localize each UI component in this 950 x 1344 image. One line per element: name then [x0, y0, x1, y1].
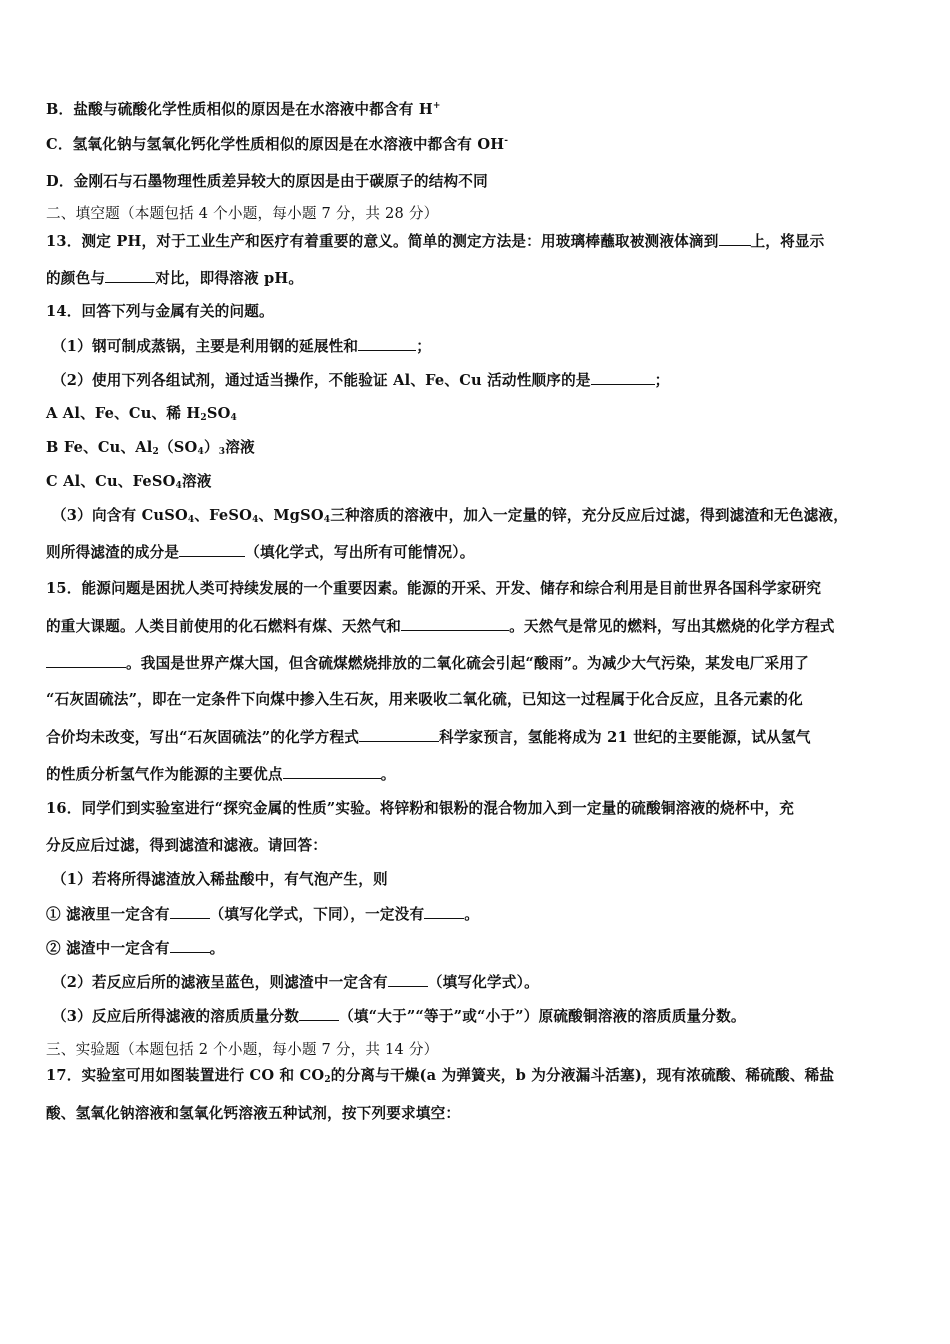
- q16-text: （3）反应后所得滤液的溶质质量分数: [52, 1008, 299, 1025]
- q15-text: 。: [381, 766, 396, 783]
- answer-blank[interactable]: [358, 336, 416, 351]
- q16-text: 分反应后过滤，得到滤渣和滤液。请回答：: [46, 837, 327, 854]
- option-c: C．氢氧化钠与氢氧化钙化学性质相似的原因是在水溶液中都含有 OH-: [46, 135, 508, 155]
- q15-text: 的性质分析氢气作为能源的主要优点: [46, 766, 283, 783]
- q17-text: 酸、氢氧化钠溶液和氢氧化钙溶液五种试剂，按下列要求填空：: [46, 1105, 460, 1122]
- option-b-text: B．盐酸与硫酸化学性质相似的原因是在水溶液中都含有 H: [46, 101, 433, 118]
- q14-text: ；: [655, 372, 670, 389]
- option-b: B．盐酸与硫酸化学性质相似的原因是在水溶液中都含有 H+: [46, 100, 441, 120]
- question-14-part-2: （2）使用下列各组试剂，通过适当操作，不能验证 Al、Fe、Cu 活动性顺序的是…: [52, 370, 669, 391]
- q14-text: ；: [416, 338, 431, 355]
- question-14-title: 14．回答下列与金属有关的问题。: [46, 302, 274, 322]
- question-15-line-5: 合价均未改变，写出“石灰固硫法”的化学方程式科学家预言，氢能将成为 21 世纪的…: [46, 727, 811, 748]
- q16-text: 。: [464, 906, 479, 923]
- answer-blank[interactable]: [401, 616, 509, 631]
- question-14-part-1: （1）钢可制成蒸锅，主要是利用钢的延展性和；: [52, 336, 431, 357]
- option-d: D．金刚石与石墨物理性质差异较大的原因是由于碳原子的结构不同: [46, 172, 488, 192]
- q16-text: ② 滤渣中一定含有: [46, 940, 170, 957]
- answer-blank[interactable]: [424, 904, 464, 919]
- q16-text: （1）若将所得滤渣放入稀盐酸中，有气泡产生，则: [52, 871, 388, 888]
- choice-text: 溶液: [225, 439, 255, 456]
- q14-text: 三种溶质的溶液中，加入一定量的锌，充分反应后过滤，得到滤渣和无色滤液，: [330, 507, 848, 524]
- q16-text: （填写化学式，下同），一定没有: [210, 906, 425, 923]
- q14-text: （3）向含有 CuSO: [52, 507, 188, 524]
- q14-text: 、FeSO: [194, 507, 252, 524]
- question-15-line-1: 15．能源问题是困扰人类可持续发展的一个重要因素。能源的开采、开发、储存和综合利…: [46, 579, 821, 599]
- choice-text: B Fe、Cu、Al: [46, 439, 153, 456]
- q16-text: ① 滤液里一定含有: [46, 906, 170, 923]
- question-14-part-3-line-2: 则所得滤渣的成分是（填化学式，写出所有可能情况）。: [46, 542, 475, 563]
- q14-text: 、MgSO: [259, 507, 324, 524]
- q17-text: 17．实验室可用如图装置进行 CO 和 CO: [46, 1067, 324, 1084]
- question-16-part-3: （3）反应后所得滤液的溶质质量分数（填“大于”“等于”或“小于”）原硫酸铜溶液的…: [52, 1006, 746, 1027]
- choice-text: （SO: [159, 439, 197, 456]
- q17-text: 的分离与干燥(a 为弹簧夹，b 为分液漏斗活塞)，现有浓硫酸、稀硫酸、稀盐: [331, 1067, 834, 1084]
- question-15-line-2: 的重大课题。人类目前使用的化石燃料有煤、天然气和。天然气是常见的燃料，写出其燃烧…: [46, 616, 835, 637]
- q13-text: 13．测定 PH，对于工业生产和医疗有着重要的意义。简单的测定方法是：用玻璃棒蘸…: [46, 233, 719, 250]
- choice-a: A Al、Fe、Cu、稀 H2SO4: [46, 404, 237, 424]
- question-17-line-1: 17．实验室可用如图装置进行 CO 和 CO2的分离与干燥(a 为弹簧夹，b 为…: [46, 1066, 834, 1086]
- answer-blank[interactable]: [179, 542, 245, 557]
- q13-text: 上，将显示: [751, 233, 825, 250]
- q14-title-text: 14．回答下列与金属有关的问题。: [46, 303, 274, 320]
- subscript: 4: [231, 413, 237, 423]
- question-15-line-6: 的性质分析氢气作为能源的主要优点。: [46, 764, 396, 785]
- choice-text: SO: [207, 405, 231, 422]
- question-17-line-2: 酸、氢氧化钠溶液和氢氧化钙溶液五种试剂，按下列要求填空：: [46, 1104, 460, 1124]
- q16-text: （2）若反应后所的滤液呈蓝色，则滤渣中一定含有: [52, 974, 388, 991]
- option-c-text: C．氢氧化钠与氢氧化钙化学性质相似的原因是在水溶液中都含有 OH: [46, 136, 504, 153]
- q15-text: 15．能源问题是困扰人类可持续发展的一个重要因素。能源的开采、开发、储存和综合利…: [46, 580, 821, 597]
- answer-blank[interactable]: [283, 764, 381, 779]
- question-16-part-2: （2）若反应后所的滤液呈蓝色，则滤渣中一定含有（填写化学式）。: [52, 972, 539, 993]
- choice-text: 溶液: [182, 473, 212, 490]
- q15-text: 的重大课题。人类目前使用的化石燃料有煤、天然气和: [46, 618, 401, 635]
- q16-text: （填写化学式）。: [428, 974, 539, 991]
- question-15-line-4: “石灰固硫法”，即在一定条件下向煤中掺入生石灰，用来吸收二氧化硫，已知这一过程属…: [46, 690, 803, 710]
- q14-text: （填化学式，写出所有可能情况）。: [245, 544, 474, 561]
- choice-text: ）: [204, 439, 219, 456]
- choice-text: A Al、Fe、Cu、稀 H: [46, 405, 200, 422]
- choice-text: C Al、Cu、FeSO: [46, 473, 175, 490]
- section-heading-fill-in: 二、填空题（本题包括 4 个小题，每小题 7 分，共 28 分）: [46, 204, 438, 224]
- section-heading-text: 三、实验题（本题包括 2 个小题，每小题 7 分，共 14 分）: [46, 1041, 438, 1058]
- superscript: -: [504, 136, 508, 146]
- section-heading-text: 二、填空题（本题包括 4 个小题，每小题 7 分，共 28 分）: [46, 205, 438, 222]
- q15-text: “石灰固硫法”，即在一定条件下向煤中掺入生石灰，用来吸收二氧化硫，已知这一过程属…: [46, 691, 803, 708]
- q13-text: 对比，即得溶液 pH。: [155, 270, 303, 287]
- question-13-line-2: 的颜色与对比，即得溶液 pH。: [46, 268, 303, 289]
- answer-blank[interactable]: [591, 370, 655, 385]
- section-heading-experiment: 三、实验题（本题包括 2 个小题，每小题 7 分，共 14 分）: [46, 1040, 438, 1060]
- superscript: +: [433, 101, 441, 111]
- question-16-line-1: 16．同学们到实验室进行“探究金属的性质”实验。将锌粉和银粉的混合物加入到一定量…: [46, 799, 794, 819]
- question-16-sub-1: ① 滤液里一定含有（填写化学式，下同），一定没有。: [46, 904, 479, 925]
- question-13-line-1: 13．测定 PH，对于工业生产和医疗有着重要的意义。简单的测定方法是：用玻璃棒蘸…: [46, 231, 824, 252]
- answer-blank[interactable]: [359, 727, 439, 742]
- choice-b: B Fe、Cu、Al2（SO4）3溶液: [46, 438, 255, 458]
- q14-text: 则所得滤渣的成分是: [46, 544, 179, 561]
- q16-text: 。: [210, 940, 225, 957]
- answer-blank[interactable]: [105, 268, 155, 283]
- q15-text: 。天然气是常见的燃料，写出其燃烧的化学方程式: [509, 618, 834, 635]
- question-15-line-3: 。我国是世界产煤大国，但含硫煤燃烧排放的二氧化硫会引起“酸雨”。为减少大气污染，…: [46, 653, 809, 674]
- option-d-text: D．金刚石与石墨物理性质差异较大的原因是由于碳原子的结构不同: [46, 173, 488, 190]
- q16-text: 16．同学们到实验室进行“探究金属的性质”实验。将锌粉和银粉的混合物加入到一定量…: [46, 800, 794, 817]
- q14-text: （1）钢可制成蒸锅，主要是利用钢的延展性和: [52, 338, 358, 355]
- q14-text: （2）使用下列各组试剂，通过适当操作，不能验证 Al、Fe、Cu 活动性顺序的是: [52, 372, 591, 389]
- question-14-part-3-line-1: （3）向含有 CuSO4、FeSO4、MgSO4三种溶质的溶液中，加入一定量的锌…: [52, 506, 848, 526]
- answer-blank[interactable]: [719, 231, 751, 246]
- question-16-sub-2: ② 滤渣中一定含有。: [46, 938, 224, 959]
- q13-text: 的颜色与: [46, 270, 105, 287]
- answer-blank[interactable]: [46, 653, 126, 668]
- choice-c: C Al、Cu、FeSO4溶液: [46, 472, 212, 492]
- answer-blank[interactable]: [388, 972, 428, 987]
- answer-blank[interactable]: [170, 904, 210, 919]
- answer-blank[interactable]: [170, 938, 210, 953]
- question-16-line-2: 分反应后过滤，得到滤渣和滤液。请回答：: [46, 836, 327, 856]
- q15-text: 。我国是世界产煤大国，但含硫煤燃烧排放的二氧化硫会引起“酸雨”。为减少大气污染，…: [126, 655, 809, 672]
- q15-text: 科学家预言，氢能将成为 21 世纪的主要能源，试从氢气: [439, 729, 811, 746]
- question-16-part-1: （1）若将所得滤渣放入稀盐酸中，有气泡产生，则: [52, 870, 388, 890]
- q15-text: 合价均未改变，写出“石灰固硫法”的化学方程式: [46, 729, 359, 746]
- answer-blank[interactable]: [299, 1006, 339, 1021]
- q16-text: （填“大于”“等于”或“小于”）原硫酸铜溶液的溶质质量分数。: [339, 1008, 746, 1025]
